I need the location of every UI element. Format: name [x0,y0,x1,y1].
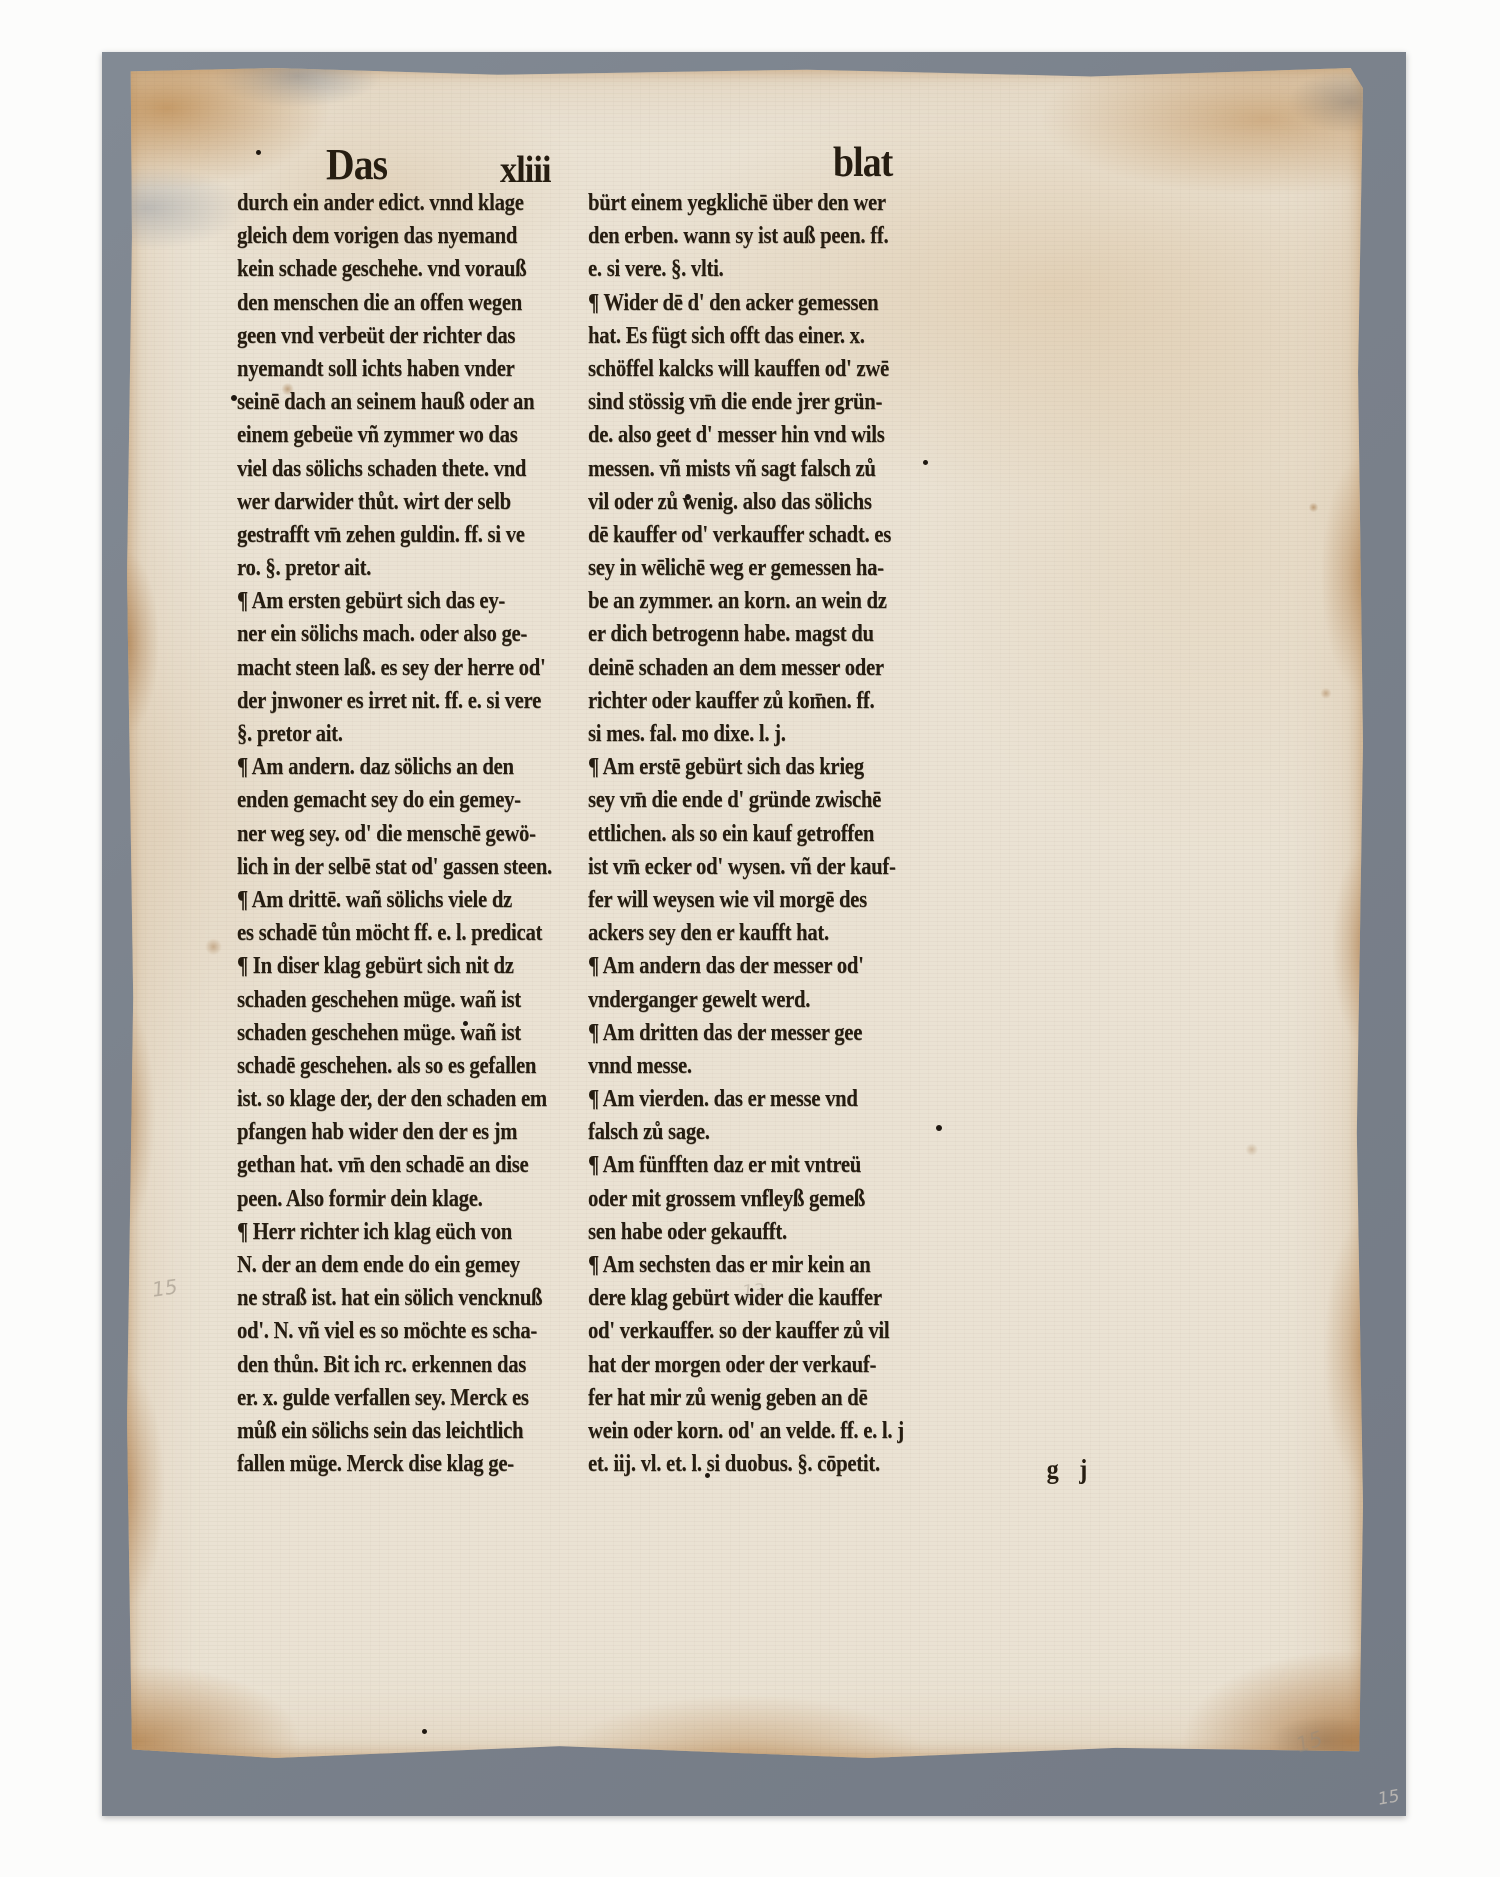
text-line: sen habe oder gekaufft. [588,1216,944,1249]
ink-speck [422,1729,427,1734]
text-line: N. der an dem ende do ein gemey [237,1249,593,1282]
text-line: der jnwoner es irret nit. ff. e. si vere [237,685,593,718]
text-line: ackers sey den er kaufft hat. [588,917,944,950]
text-line: ¶ Herr richter ich klag eüch von [237,1216,593,1249]
text-line: einem gebeüe vñ zymmer wo das [237,419,593,452]
text-line: ner ein sölichs mach. oder also ge- [237,618,593,651]
photo-background: Das xliii blat durch ein ander edict. vn… [0,0,1500,1877]
text-line: gestrafft vm̄ zehen guldin. ff. si ve [237,519,593,552]
text-line: sind stössig vm̄ die ende jrer grün- [588,386,944,419]
text-line: kein schade geschehe. vnd vorauß [237,253,593,286]
text-line: schaden geschehen müge. wañ ist [237,984,593,1017]
text-line: richter oder kauffer zů kom̄en. ff. [588,685,944,718]
ink-speck [463,1021,468,1026]
text-line: si mes. fal. mo dixe. l. j. [588,718,944,751]
text-line: hat der morgen oder der verkauf- [588,1349,944,1382]
text-line: ¶ Am dritten das der messer gee [588,1017,944,1050]
text-line: bürt einem yegklichē über den wer [588,187,944,220]
text-line: dere klag gebürt wider die kauffer [588,1282,944,1315]
text-line: ¶ Am vierden. das er messe vnd [588,1083,944,1116]
text-line: fer hat mir zů wenig geben an dē [588,1382,944,1415]
text-line: den erben. wann sy ist auß peen. ff. [588,220,944,253]
text-line: vnderganger gewelt werd. [588,984,944,1017]
text-line: ne straß ist. hat ein sölich vencknuß [237,1282,593,1315]
ink-speck [705,1473,710,1478]
text-line: vil oder zů wenig. also das sölichs [588,486,944,519]
pencil-annotation: 13 [741,1280,766,1303]
ink-speck [231,395,237,401]
text-line: nyemandt soll ichts haben vnder [237,353,593,386]
text-line: ¶ Am andern das der messer od' [588,950,944,983]
text-line: ist vm̄ ecker od' wysen. vñ der kauf- [588,851,944,884]
text-line: ro. §. pretor ait. [237,552,593,585]
text-line: od'. N. vñ viel es so möchte es scha- [237,1315,593,1348]
text-line: gleich dem vorigen das nyemand [237,220,593,253]
text-line: fallen müge. Merck dise klag ge- [237,1448,593,1481]
text-line: es schadē tůn möcht ff. e. l. predicat [237,917,593,950]
ink-speck [256,150,261,155]
text-line: od' verkauffer. so der kauffer zů vil [588,1315,944,1348]
text-line: oder mit grossem vnfleyß gemeß [588,1183,944,1216]
text-line: schöffel kalcks will kauffen od' zwē [588,353,944,386]
text-line: er dich betrogenn habe. magst du [588,618,944,651]
text-line: enden gemacht sey do ein gemey- [237,784,593,817]
text-line: deinē schaden an dem messer oder [588,652,944,685]
text-line: ner weg sey. od' die menschē gewö- [237,818,593,851]
text-line: dē kauffer od' verkauffer schadt. es [588,519,944,552]
header-folio-number: xliii [500,148,551,192]
text-line: seinē dach an seinem hauß oder an [237,386,593,419]
header-word-das: Das [326,139,387,190]
text-line: ¶ Am andern. daz sölichs an den [237,751,593,784]
text-line: falsch zů sage. [588,1116,944,1149]
text-line: ¶ Am ersten gebürt sich das ey- [237,585,593,618]
text-line: sey vm̄ die ende d' gründe zwischē [588,784,944,817]
text-line: sey in wēlichē weg er gemessen ha- [588,552,944,585]
pencil-annotation: 15 [1376,1786,1401,1809]
pencil-annotation: 15 [150,1274,179,1301]
text-line: můß ein sölichs sein das leichtlich [237,1415,593,1448]
text-line: geen vnd verbeüt der richter das [237,320,593,353]
text-line: gethan hat. vm̄ den schadē an dise [237,1149,593,1182]
text-line: ¶ Am erstē gebürt sich das krieg [588,751,944,784]
text-line: macht steen laß. es sey der herre od' [237,652,593,685]
text-line: ist. so klage der, der den schaden em [237,1083,593,1116]
ink-speck [936,1125,942,1131]
ink-speck [685,494,691,500]
quire-signature: g j [1047,1454,1095,1485]
text-line: messen. vñ mists vñ sagt falsch zů [588,453,944,486]
text-line: durch ein ander edict. vnnd klage [237,187,593,220]
text-line: wer darwider thůt. wirt der selb [237,486,593,519]
text-line: §. pretor ait. [237,718,593,751]
text-line: et. iij. vl. et. l. si duobus. §. cōpeti… [588,1448,944,1481]
text-line: peen. Also formir dein klage. [237,1183,593,1216]
text-line: den menschen die an offen wegen [237,287,593,320]
text-line: den thůn. Bit ich rc. erkennen das [237,1349,593,1382]
text-line: ¶ Am fünfften daz er mit vntreü [588,1149,944,1182]
text-line: ¶ Am drittē. wañ sölichs viele dz [237,884,593,917]
text-line: wein oder korn. od' an velde. ff. e. l. … [588,1415,944,1448]
text-line: lich in der selbē stat od' gassen steen. [237,851,593,884]
right-text-column: bürt einem yegklichē über den werden erb… [588,187,1008,1481]
text-line: ¶ Am sechsten das er mir kein an [588,1249,944,1282]
text-line: ¶ In diser klag gebürt sich nit dz [237,950,593,983]
text-line: vnnd messe. [588,1050,944,1083]
text-line: ettlichen. als so ein kauf getroffen [588,818,944,851]
header-word-blat: blat [833,139,892,187]
text-line: de. also geet d' messer hin vnd wils [588,419,944,452]
text-line: er. x. gulde verfallen sey. Merck es [237,1382,593,1415]
text-line: schaden geschehen müge. wañ ist [237,1017,593,1050]
text-line: viel das sölichs schaden thete. vnd [237,453,593,486]
text-line: fer will weysen wie vil morgē des [588,884,944,917]
text-line: be an zymmer. an korn. an wein dz [588,585,944,618]
text-line: ¶ Wider dē d' den acker gemessen [588,287,944,320]
ink-speck [923,460,928,465]
text-line: pfangen hab wider den der es jm [237,1116,593,1149]
text-line: e. si vere. §. vlti. [588,253,944,286]
text-line: schadē geschehen. als so es gefallen [237,1050,593,1083]
text-line: hat. Es fügt sich offt das einer. x. [588,320,944,353]
